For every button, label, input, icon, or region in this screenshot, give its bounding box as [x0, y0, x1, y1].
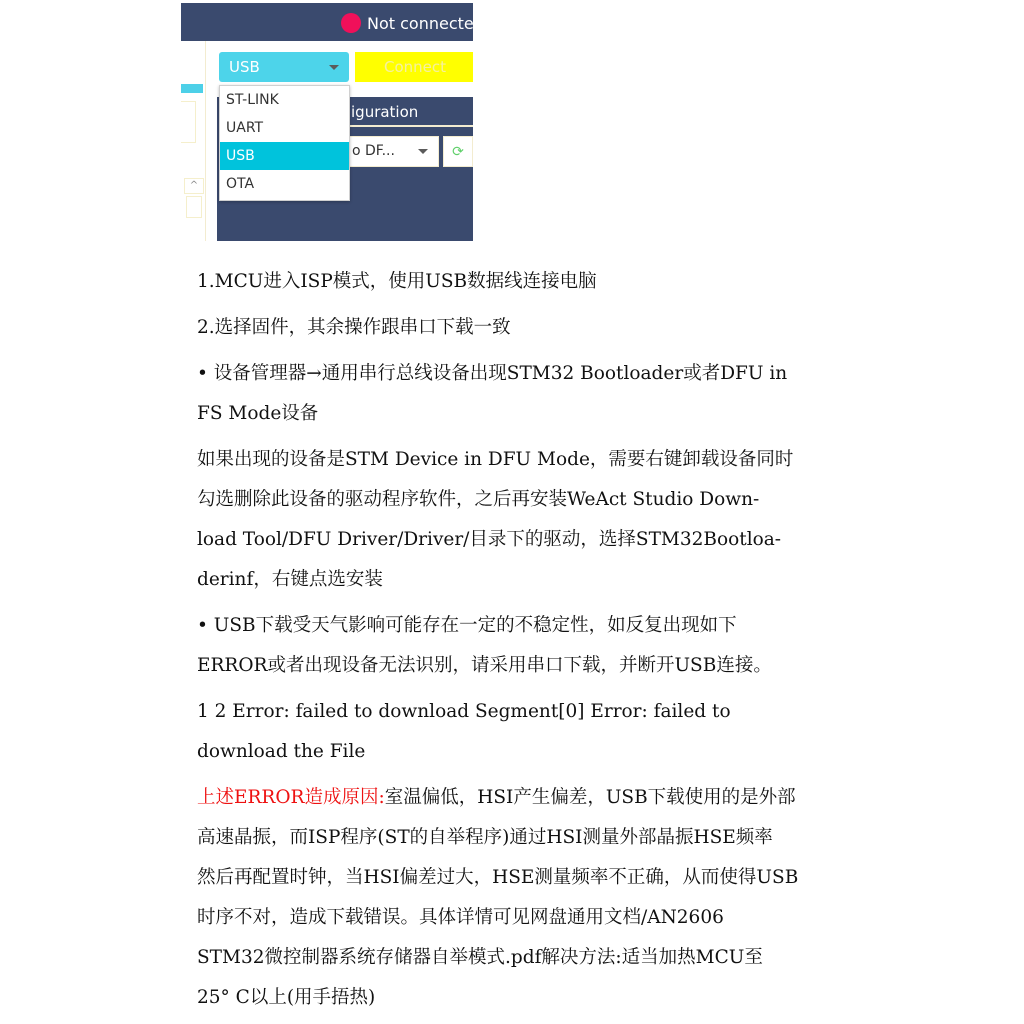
- dfu-note-line-4: derinf，右键点选安装: [197, 560, 837, 600]
- dropdown-option-ota[interactable]: OTA: [220, 170, 349, 198]
- error-message-line-2: download the File: [197, 732, 837, 772]
- error-cause-line-2: 高速晶振，而ISP程序(ST的自举程序)通过HSI测量外部晶振HSE频率: [197, 818, 837, 858]
- left-panel-tab[interactable]: [181, 84, 203, 93]
- port-select-value: o DF...: [352, 143, 395, 159]
- interface-dropdown: ST-LINK UART USB OTA: [219, 85, 350, 201]
- interface-select[interactable]: USB: [219, 52, 349, 82]
- bullet-device-manager-cont: FS Mode设备: [197, 394, 837, 434]
- scrollbar[interactable]: [186, 196, 202, 218]
- left-panel: ^: [181, 41, 217, 241]
- port-select[interactable]: o DF...: [349, 136, 439, 167]
- dfu-note-line-1: 如果出现的设备是STM Device in DFU Mode，需要右键卸载设备同…: [197, 440, 837, 480]
- refresh-button[interactable]: ⟳: [443, 136, 473, 167]
- error-cause-text: 室温偏低，HSI产生偏差，USB下载使用的是外部: [385, 787, 796, 808]
- status-dot-icon: [341, 13, 361, 33]
- scroll-up-icon[interactable]: ^: [184, 178, 204, 194]
- refresh-icon: ⟳: [452, 144, 464, 160]
- configuration-header: iguration: [349, 101, 473, 127]
- bullet-usb-stability-cont: ERROR或者出现设备无法识别，请采用串口下载，并断开USB连接。: [197, 646, 837, 686]
- step-2: 2.选择固件，其余操作跟串口下载一致: [197, 308, 837, 348]
- dropdown-option-st-link[interactable]: ST-LINK: [220, 86, 349, 114]
- error-message-line-1: 1 2 Error: failed to download Segment[0]…: [197, 692, 837, 732]
- error-cause-line-6: 25° C以上(用手捂热): [197, 978, 837, 1018]
- error-cause-line-5: STM32微控制器系统存储器自举模式.pdf解决方法:适当加热MCU至: [197, 938, 837, 978]
- dropdown-option-usb[interactable]: USB: [220, 142, 349, 170]
- error-cause-line-4: 时序不对，造成下载错误。具体详情可见网盘通用文档/AN2606: [197, 898, 837, 938]
- chevron-down-icon: [329, 65, 339, 70]
- bullet-device-manager: • 设备管理器→通用串行总线设备出现STM32 Bootloader或者DFU …: [197, 354, 837, 394]
- connect-button[interactable]: Connect: [355, 52, 473, 82]
- embedded-screenshot: Not connected ^ USB Connect iguration o …: [181, 3, 473, 241]
- status-label: Not connected: [367, 14, 473, 33]
- dfu-note-line-2: 勾选删除此设备的驱动程序软件，之后再安装WeAct Studio Down-: [197, 480, 837, 520]
- chevron-down-icon: [418, 149, 428, 154]
- left-panel-box: [181, 101, 196, 143]
- step-1: 1.MCU进入ISP模式，使用USB数据线连接电脑: [197, 262, 837, 302]
- dropdown-option-uart[interactable]: UART: [220, 114, 349, 142]
- error-cause-line-1: 上述ERROR造成原因:室温偏低，HSI产生偏差，USB下载使用的是外部: [197, 778, 837, 818]
- bullet-usb-stability: • USB下载受天气影响可能存在一定的不稳定性，如反复出现如下: [197, 606, 837, 646]
- interface-select-value: USB: [229, 58, 260, 76]
- divider: [205, 41, 206, 241]
- connection-status: Not connected: [341, 12, 473, 34]
- dfu-note-line-3: load Tool/DFU Driver/Driver/目录下的驱动，选择STM…: [197, 520, 837, 560]
- instructions-text: 1.MCU进入ISP模式，使用USB数据线连接电脑 2.选择固件，其余操作跟串口…: [197, 262, 837, 1018]
- error-cause-label: 上述ERROR造成原因:: [197, 787, 385, 808]
- error-cause-line-3: 然后再配置时钟，当HSI偏差过大，HSE测量频率不正确，从而使得USB: [197, 858, 837, 898]
